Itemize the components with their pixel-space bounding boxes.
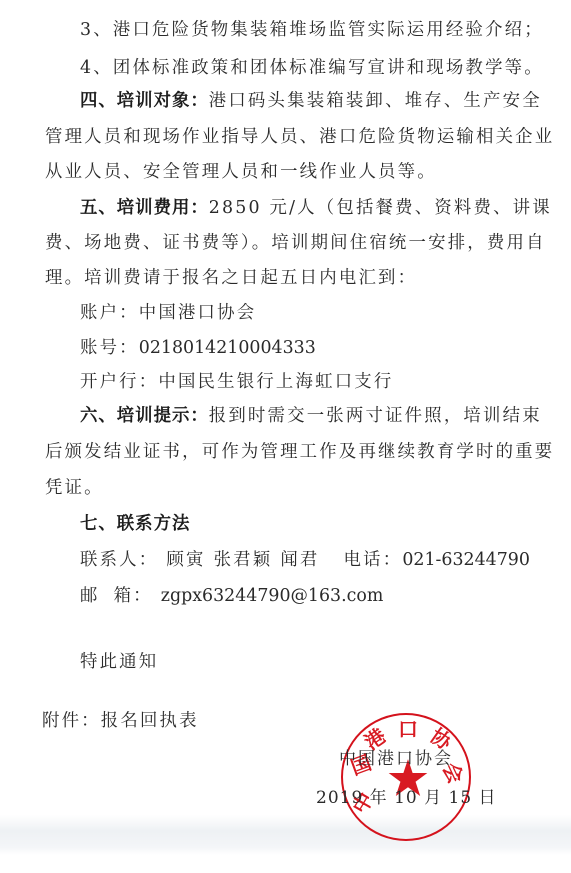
closing-text: 特此通知 [80,651,158,673]
section-4-line-2: 管理人员和现场作业指导人员、港口危险货物运输相关企业 [45,126,554,148]
section-7-line: 七、联系方法 [80,513,190,535]
list-item-3: 3、港口危险货物集装箱堆场监管实际运用经验介绍； [80,19,544,41]
section-4-text-1: 港口码头集装箱装卸、堆存、生产安全 [209,91,542,111]
contact-person-2: 张君颖 [214,550,273,570]
phone-value: 021-63244790 [402,550,530,570]
contact-row: 联系人：顾寅张君颖闻君电话：021-63244790 [80,549,530,571]
section-6-line-2: 后颁发结业证书，可作为管理工作及再继续教育学时的重要 [45,441,554,463]
signature-date: 2019 年 10 月 15 日 [316,783,497,808]
section-6-heading: 六、培训提示： [80,406,209,426]
bank-label: 开户行： [80,372,158,392]
document-page: 3、港口危险货物集装箱堆场监管实际运用经验介绍； 4、团体标准政策和团体标准编写… [0,0,571,873]
section-4-line-3: 从业人员、安全管理人员和一线作业人员等。 [45,161,437,183]
contact-person-1: 顾寅 [166,550,205,570]
account-name-value: 中国港口协会 [139,303,257,323]
bank-row: 开户行：中国民生银行上海虹口支行 [80,371,393,393]
phone-label: 电话： [344,550,403,570]
section-5-line-2: 费、场地费、证书费等）。培训期间住宿统一安排，费用自 [45,232,546,254]
section-7-heading: 七、联系方法 [80,514,190,534]
section-5-line-1: 五、培训费用：2850 元/人（包括餐费、资料费、讲课 [80,197,552,219]
list-item-4: 4、团体标准政策和团体标准编写宣讲和现场教学等。 [80,57,544,79]
seal-char-4: 口 [398,719,418,739]
account-name-row: 账户：中国港口协会 [80,302,256,324]
section-4-heading: 四、培训对象： [80,91,209,111]
scan-shadow [0,815,571,855]
section-4-line-1: 四、培训对象：港口码头集装箱装卸、堆存、生产安全 [80,90,542,112]
signature-org: 中国港口协会 [339,744,453,769]
account-number-value: 0218014210004333 [139,338,316,358]
attachment-text: 附件：报名回执表 [42,710,199,732]
official-seal: 中 国 港 口 协 会 [341,713,471,841]
section-5-heading: 五、培训费用： [80,198,209,218]
contact-person-3: 闻君 [280,550,319,570]
email-label-2: 箱： [114,586,153,606]
contact-label: 联系人： [80,550,158,570]
section-6-line-1: 六、培训提示：报到时需交一张两寸证件照，培训结束 [80,405,542,427]
account-number-row: 账号：0218014210004333 [80,337,316,359]
account-name-label: 账户： [80,303,139,323]
email-row: 邮箱：zgpx63244790@163.com [80,585,383,607]
email-label-1: 邮 [80,586,100,606]
fee-text: 2850 元/人（包括餐费、资料费、讲课 [209,198,552,218]
section-5-line-3: 理。培训费请于报名之日起五日内电汇到： [45,267,417,289]
section-6-line-3: 凭证。 [45,477,104,499]
section-6-text-1: 报到时需交一张两寸证件照，培训结束 [209,406,542,426]
bank-value: 中国民生银行上海虹口支行 [158,372,393,392]
account-number-label: 账号： [80,338,139,358]
email-value[interactable]: zgpx63244790@163.com [161,586,384,606]
